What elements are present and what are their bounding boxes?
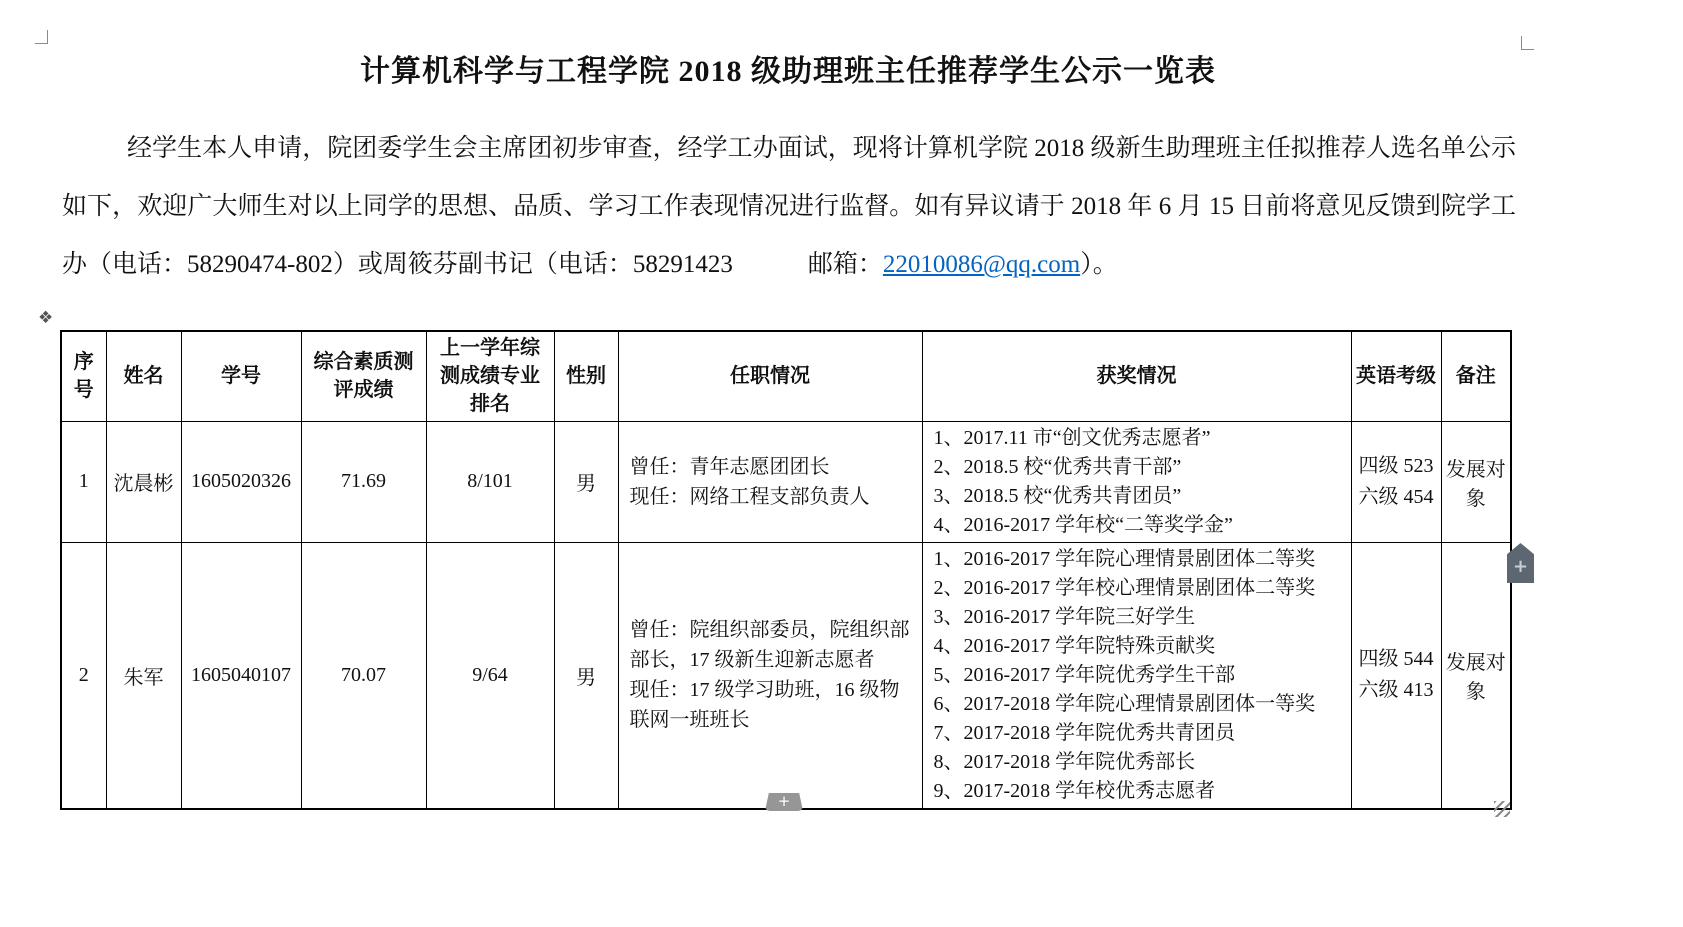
email-link[interactable]: 22010086@qq.com [883,251,1080,278]
col-header-awards: 获奖情况 [922,331,1351,421]
students-table-wrapper: 序号 姓名 学号 综合素质测评成绩 上一学年综测成绩专业排名 性别 任职情况 获… [60,330,1512,810]
award-line: 7、2017-2018 学年院优秀共青团员 [934,719,1345,748]
col-header-index: 序号 [61,331,106,421]
cell-remark: 发展对象 [1441,542,1511,809]
col-header-remark: 备注 [1441,331,1511,421]
cell-rank: 9/64 [426,542,554,809]
document-page: 计算机科学与工程学院 2018 级助理班主任推荐学生公示一览表 经学生本人申请，… [0,0,1683,927]
english-line: 六级 413 [1356,675,1437,706]
cell-student-id: 1605020326 [181,421,301,542]
cell-index: 1 [61,421,106,542]
position-line: 曾任：青年志愿团团长 [630,452,916,482]
award-line: 1、2017.11 市“创文优秀志愿者” [934,424,1345,453]
table-row: 1 沈晨彬 1605020326 71.69 8/101 男 曾任：青年志愿团团… [61,421,1511,542]
notice-paragraph: 经学生本人申请，院团委学生会主席团初步审查，经学工办面试，现将计算机学院 201… [62,120,1516,294]
notice-gap [733,251,808,278]
cell-awards: 1、2017.11 市“创文优秀志愿者” 2、2018.5 校“优秀共青干部” … [922,421,1351,542]
cell-rank: 8/101 [426,421,554,542]
cell-english-level: 四级 544 六级 413 [1351,542,1441,809]
add-row-button[interactable]: + [765,793,803,811]
page-corner-mark-top-left [35,30,48,44]
award-line: 3、2018.5 校“优秀共青团员” [934,482,1345,511]
award-line: 9、2017-2018 学年校优秀志愿者 [934,777,1345,806]
cell-positions: 曾任：院组织部委员，院组织部部长，17 级新生迎新志愿者 现任：17 级学习助班… [618,542,922,809]
page-title: 计算机科学与工程学院 2018 级助理班主任推荐学生公示一览表 [60,46,1516,90]
cell-gender: 男 [554,542,618,809]
position-line: 现任：17 级学习助班，16 级物联网一班班长 [630,675,916,735]
award-line: 2、2018.5 校“优秀共青干部” [934,453,1345,482]
english-line: 四级 523 [1356,451,1437,482]
position-line: 曾任：院组织部委员，院组织部部长，17 级新生迎新志愿者 [630,615,916,675]
students-table: 序号 姓名 学号 综合素质测评成绩 上一学年综测成绩专业排名 性别 任职情况 获… [60,330,1512,810]
award-line: 8、2017-2018 学年院优秀部长 [934,748,1345,777]
award-line: 6、2017-2018 学年院心理情景剧团体一等奖 [934,690,1345,719]
table-row: 2 朱军 1605040107 70.07 9/64 男 曾任：院组织部委员，院… [61,542,1511,809]
cell-remark: 发展对象 [1441,421,1511,542]
notice-closing: ）。 [1080,251,1118,278]
english-line: 四级 544 [1356,644,1437,675]
col-header-student-id: 学号 [181,331,301,421]
award-line: 3、2016-2017 学年院三好学生 [934,603,1345,632]
award-line: 4、2016-2017 学年校“二等奖学金” [934,511,1345,540]
cell-student-id: 1605040107 [181,542,301,809]
cell-name: 朱军 [106,542,181,809]
cell-quality-score: 71.69 [301,421,426,542]
cell-index: 2 [61,542,106,809]
col-header-name: 姓名 [106,331,181,421]
cell-gender: 男 [554,421,618,542]
award-line: 5、2016-2017 学年院优秀学生干部 [934,661,1345,690]
cell-english-level: 四级 523 六级 454 [1351,421,1441,542]
award-line: 4、2016-2017 学年院特殊贡献奖 [934,632,1345,661]
award-line: 1、2016-2017 学年院心理情景剧团体二等奖 [934,545,1345,574]
cell-quality-score: 70.07 [301,542,426,809]
award-line: 2、2016-2017 学年校心理情景剧团体二等奖 [934,574,1345,603]
english-line: 六级 454 [1356,482,1437,513]
col-header-positions: 任职情况 [618,331,922,421]
email-label: 邮箱： [808,251,883,278]
position-line: 现任：网络工程支部负责人 [630,482,916,512]
table-move-handle-icon[interactable]: ❖ [38,308,53,328]
cell-awards: 1、2016-2017 学年院心理情景剧团体二等奖 2、2016-2017 学年… [922,542,1351,809]
cell-name: 沈晨彬 [106,421,181,542]
plus-icon: + [1513,556,1528,577]
plus-icon: + [778,792,791,810]
col-header-quality-score: 综合素质测评成绩 [301,331,426,421]
col-header-gender: 性别 [554,331,618,421]
col-header-rank: 上一学年综测成绩专业排名 [426,331,554,421]
page-corner-mark-top-right [1521,36,1534,50]
resize-handle-icon[interactable] [1494,801,1510,817]
col-header-english: 英语考级 [1351,331,1441,421]
cell-positions: 曾任：青年志愿团团长 现任：网络工程支部负责人 [618,421,922,542]
header-row: 序号 姓名 学号 综合素质测评成绩 上一学年综测成绩专业排名 性别 任职情况 获… [61,331,1511,421]
